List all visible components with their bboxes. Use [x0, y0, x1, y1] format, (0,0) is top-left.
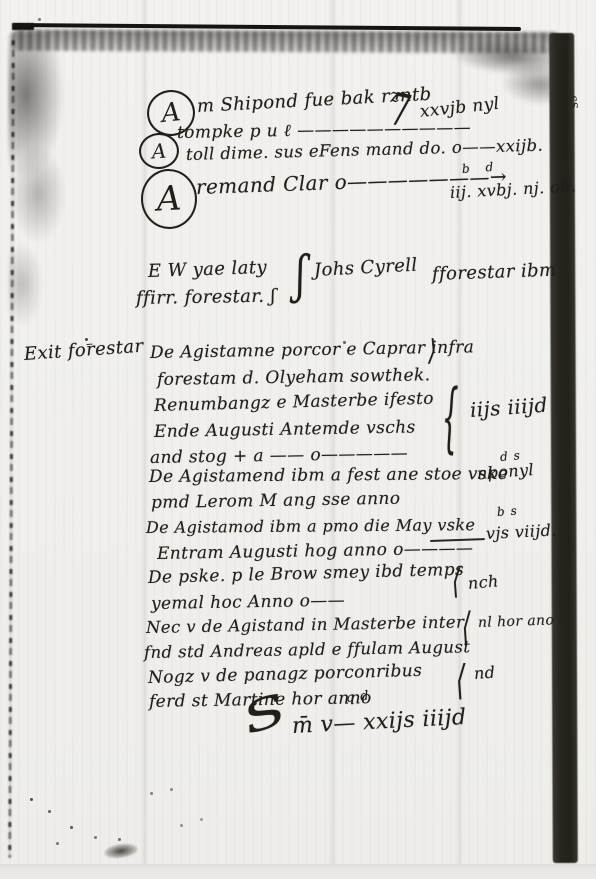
amount: vjs viijd.	[486, 522, 558, 542]
script-line: ffirr. forestar. ʃ	[136, 288, 276, 308]
initial-letter: A	[156, 178, 183, 219]
initial-letter: A	[151, 139, 167, 164]
script-line: De Agistamod ibm a pmo die May vske	[146, 517, 475, 536]
script-line: De Agistamend ibm a fest ane stoe vske	[149, 466, 508, 486]
script-line: E W yae laty	[148, 259, 268, 281]
paper-fold-streak	[140, 0, 149, 866]
amount: iijs iiijd	[469, 395, 548, 420]
amount-superscript: qd	[345, 689, 375, 705]
script-line: forestam d. Olyeham sowthek.	[157, 367, 431, 389]
amount: nch	[467, 573, 499, 592]
paper-speckles	[30, 798, 33, 801]
manuscript-scan: – ss A A A m Shipond fue bak rzntb 7 xxv…	[0, 0, 596, 879]
amount-superscript: b d	[462, 160, 500, 175]
script-line: pmd Lerom M ang sse anno	[151, 491, 401, 512]
script-line: fforestar ibm	[432, 262, 557, 284]
amount-brace: ⟨	[452, 566, 461, 601]
border-corner-smudge-left	[8, 34, 86, 334]
entry-bracket: ⟩	[428, 338, 437, 367]
amount: nl hor ano	[478, 613, 555, 630]
amount: nd	[473, 665, 495, 682]
amount-brace: {	[442, 382, 459, 457]
script-line: and stog + a —— o—————	[150, 445, 408, 467]
right-edge-showthrough-glyph: ss	[565, 94, 582, 110]
scan-bottom-edge	[0, 864, 596, 879]
heading-brace: ʃ	[296, 250, 305, 301]
amount-brace: ⟨	[456, 660, 465, 701]
script-line: yemal hoc Anno o——	[151, 593, 345, 613]
border-right-bar	[549, 33, 578, 863]
amount: nponyl	[476, 462, 534, 482]
script-line: Ende Augusti Antemde vschs	[154, 419, 416, 441]
amount-superscript: bs	[497, 504, 524, 518]
